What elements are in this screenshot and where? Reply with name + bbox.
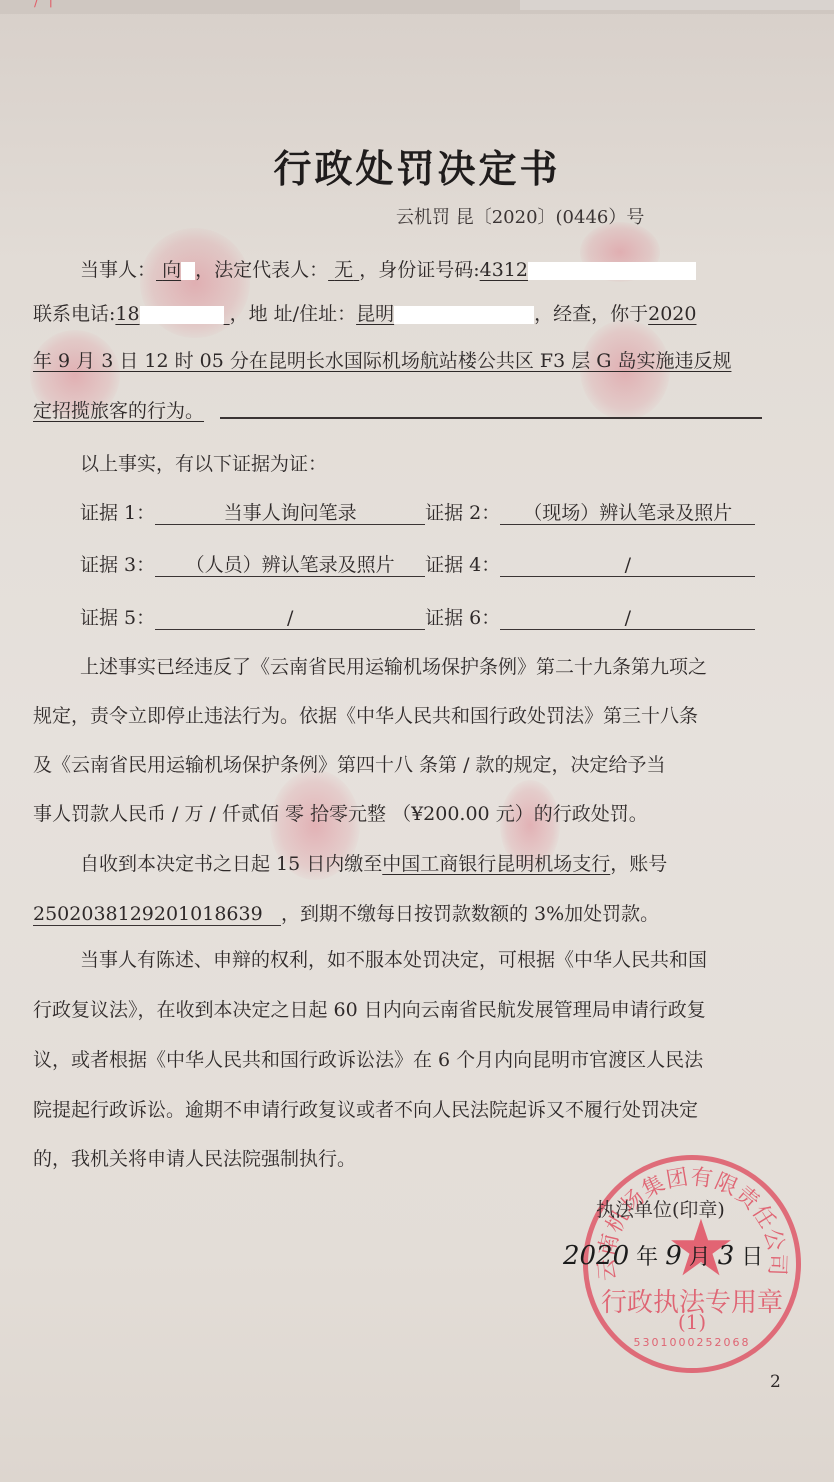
- evidence-6-value: /: [500, 607, 755, 630]
- date-day-handwritten: 3: [718, 1241, 735, 1271]
- evidence-3-value: （人员）辨认笔录及照片: [155, 554, 425, 577]
- date-year-handwritten: 2020: [563, 1241, 629, 1271]
- address-label: ，地 址/住址：: [230, 303, 356, 325]
- seal-number: (1): [588, 1310, 796, 1334]
- evidence-row-3: 证据 5：/证据 6：/: [80, 603, 755, 630]
- evidence-4-value: /: [500, 554, 755, 577]
- rights-line-4: 院提起行政诉讼。逾期不申请行政复议或者不向人民法院起诉又不履行处罚决定: [33, 1095, 698, 1122]
- phone-label: 联系电话:: [33, 303, 115, 325]
- id-number-redacted: 4312: [480, 259, 696, 281]
- legal-rep-value: 无: [328, 259, 359, 281]
- ruling-line-4: 事人罚款人民币 / 万 / 仟贰佰 零 拾零元整 （¥200.00 元）的行政处…: [33, 799, 648, 826]
- evidence-4-label: 证据 4：: [425, 554, 500, 576]
- corner-red-mark: ∕∣: [34, 0, 63, 10]
- facts-line-2: 年 9 月 3 日 12 时 05 分在昆明长水国际机场航站楼公共区 F3 层 …: [33, 346, 731, 373]
- photo-top-edge-right: [520, 0, 834, 10]
- date-month-unit: 月: [689, 1245, 711, 1270]
- rights-line-1: 当事人有陈述、申辩的权利，如不服本处罚决定，可根据《中华人民共和国: [80, 945, 707, 972]
- document-number: 云机罚 昆〔2020〕(0446）号: [396, 203, 644, 229]
- date-day-unit: 日: [741, 1245, 763, 1270]
- document-title: 行政处罚决定书: [0, 138, 834, 193]
- issuer-label: 执法单位(印章): [596, 1195, 725, 1222]
- ruling-line-1: 上述事实已经违反了《云南省民用运输机场保护条例》第二十九条第九项之: [80, 652, 707, 679]
- party-line: 当事人： 向，法定代表人： 无 ，身份证号码:4312: [80, 255, 696, 282]
- evidence-1-value: 当事人询问笔录: [155, 502, 425, 525]
- year-fragment: 2020: [648, 303, 696, 325]
- date-month-handwritten: 9: [665, 1241, 682, 1271]
- account-number: 2502038129201018639: [33, 903, 281, 926]
- evidence-1-label: 证据 1：: [80, 502, 155, 524]
- evidence-2-value: （现场）辨认笔录及照片: [500, 502, 755, 525]
- contact-line: 联系电话:18 ，地 址/住址：昆明，经查，你于2020: [33, 299, 696, 326]
- evidence-5-label: 证据 5：: [80, 607, 155, 629]
- payment-line-1: 自收到本决定书之日起 15 日内缴至中国工商银行昆明机场支行，账号: [80, 849, 667, 876]
- facts-line-3: 定招揽旅客的行为。: [33, 396, 204, 423]
- party-label: 当事人：: [80, 259, 156, 281]
- id-label: ，身份证号码:: [359, 259, 479, 281]
- found-label: ，经查，你于: [534, 303, 648, 325]
- page-number: 2: [770, 1372, 781, 1392]
- account-label: ，账号: [610, 853, 667, 875]
- late-fee-text: ，到期不缴每日按罚款数额的 3%加处罚款。: [281, 903, 659, 925]
- party-name: 向: [156, 259, 195, 281]
- signature-date: 2020 年 9 月 3 日: [563, 1240, 763, 1271]
- evidence-5-value: /: [155, 607, 425, 630]
- rights-line-3: 议，或者根据《中华人民共和国行政诉讼法》在 6 个月内向昆明市官渡区人民法: [33, 1045, 703, 1072]
- address-redacted: 昆明: [356, 303, 534, 325]
- date-year-unit: 年: [636, 1245, 658, 1270]
- payment-line-2: 2502038129201018639，到期不缴每日按罚款数额的 3%加处罚款。: [33, 899, 659, 926]
- rights-line-5: 的，我机关将申请人民法院强制执行。: [33, 1144, 356, 1171]
- legal-rep-label: ，法定代表人：: [195, 259, 328, 281]
- ruling-line-2: 规定，责令立即停止违法行为。依据《中华人民共和国行政处罚法》第三十八条: [33, 701, 698, 728]
- evidence-intro: 以上事实，有以下证据为证：: [80, 449, 327, 476]
- evidence-row-1: 证据 1：当事人询问笔录证据 2：（现场）辨认笔录及照片: [80, 498, 755, 525]
- rights-line-2: 行政复议法》，在收到本决定之日起 60 日内向云南省民航发展管理局申请行政复: [33, 995, 706, 1022]
- bank-name: 中国工商银行昆明机场支行: [382, 853, 610, 875]
- payment-prefix: 自收到本决定书之日起 15 日内缴至: [80, 853, 382, 875]
- evidence-6-label: 证据 6：: [425, 607, 500, 629]
- evidence-3-label: 证据 3：: [80, 554, 155, 576]
- evidence-2-label: 证据 2：: [425, 502, 500, 524]
- facts-underline: [220, 417, 762, 419]
- phone-redacted: 18: [115, 303, 229, 325]
- ruling-line-3: 及《云南省民用运输机场保护条例》第四十八 条第 / 款的规定，决定给予当: [33, 750, 666, 777]
- seal-code: 5301000252068: [588, 1336, 796, 1349]
- evidence-row-2: 证据 3：（人员）辨认笔录及照片证据 4：/: [80, 550, 755, 577]
